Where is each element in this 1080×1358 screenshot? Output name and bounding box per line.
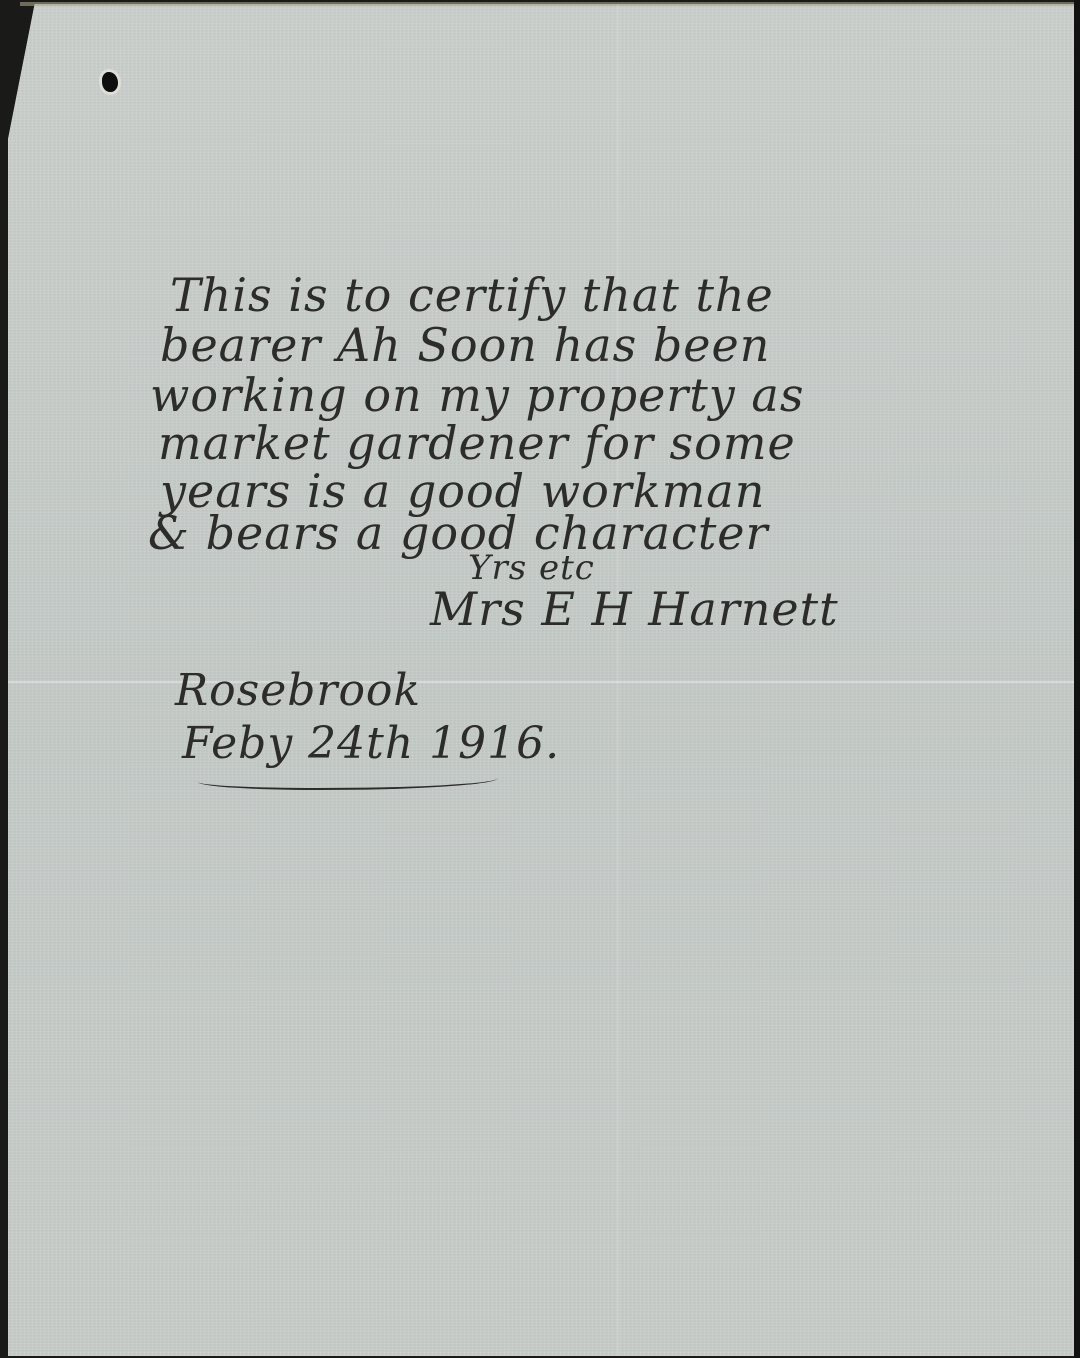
certificate-line-6: & bears a good character bbox=[148, 510, 769, 556]
signature: Mrs E H Harnett bbox=[430, 582, 839, 636]
horizontal-fold-line bbox=[8, 681, 1074, 683]
paper-top-edge bbox=[20, 2, 1080, 6]
certificate-line-3: working on my property as bbox=[150, 372, 804, 418]
certificate-line-2: bearer Ah Soon has been bbox=[160, 322, 770, 368]
scanned-document: This is to certify that the bearer Ah So… bbox=[0, 0, 1080, 1358]
paper-sheet bbox=[8, 4, 1074, 1356]
date: Feby 24th 1916. bbox=[182, 718, 560, 769]
certificate-line-1: This is to certify that the bbox=[170, 272, 774, 318]
place-name: Rosebrook bbox=[175, 665, 421, 716]
certificate-line-4: market gardener for some bbox=[158, 420, 796, 466]
punch-hole-icon bbox=[102, 72, 118, 92]
vertical-fold-line bbox=[617, 4, 619, 1356]
scan-border-right bbox=[1074, 0, 1080, 1358]
